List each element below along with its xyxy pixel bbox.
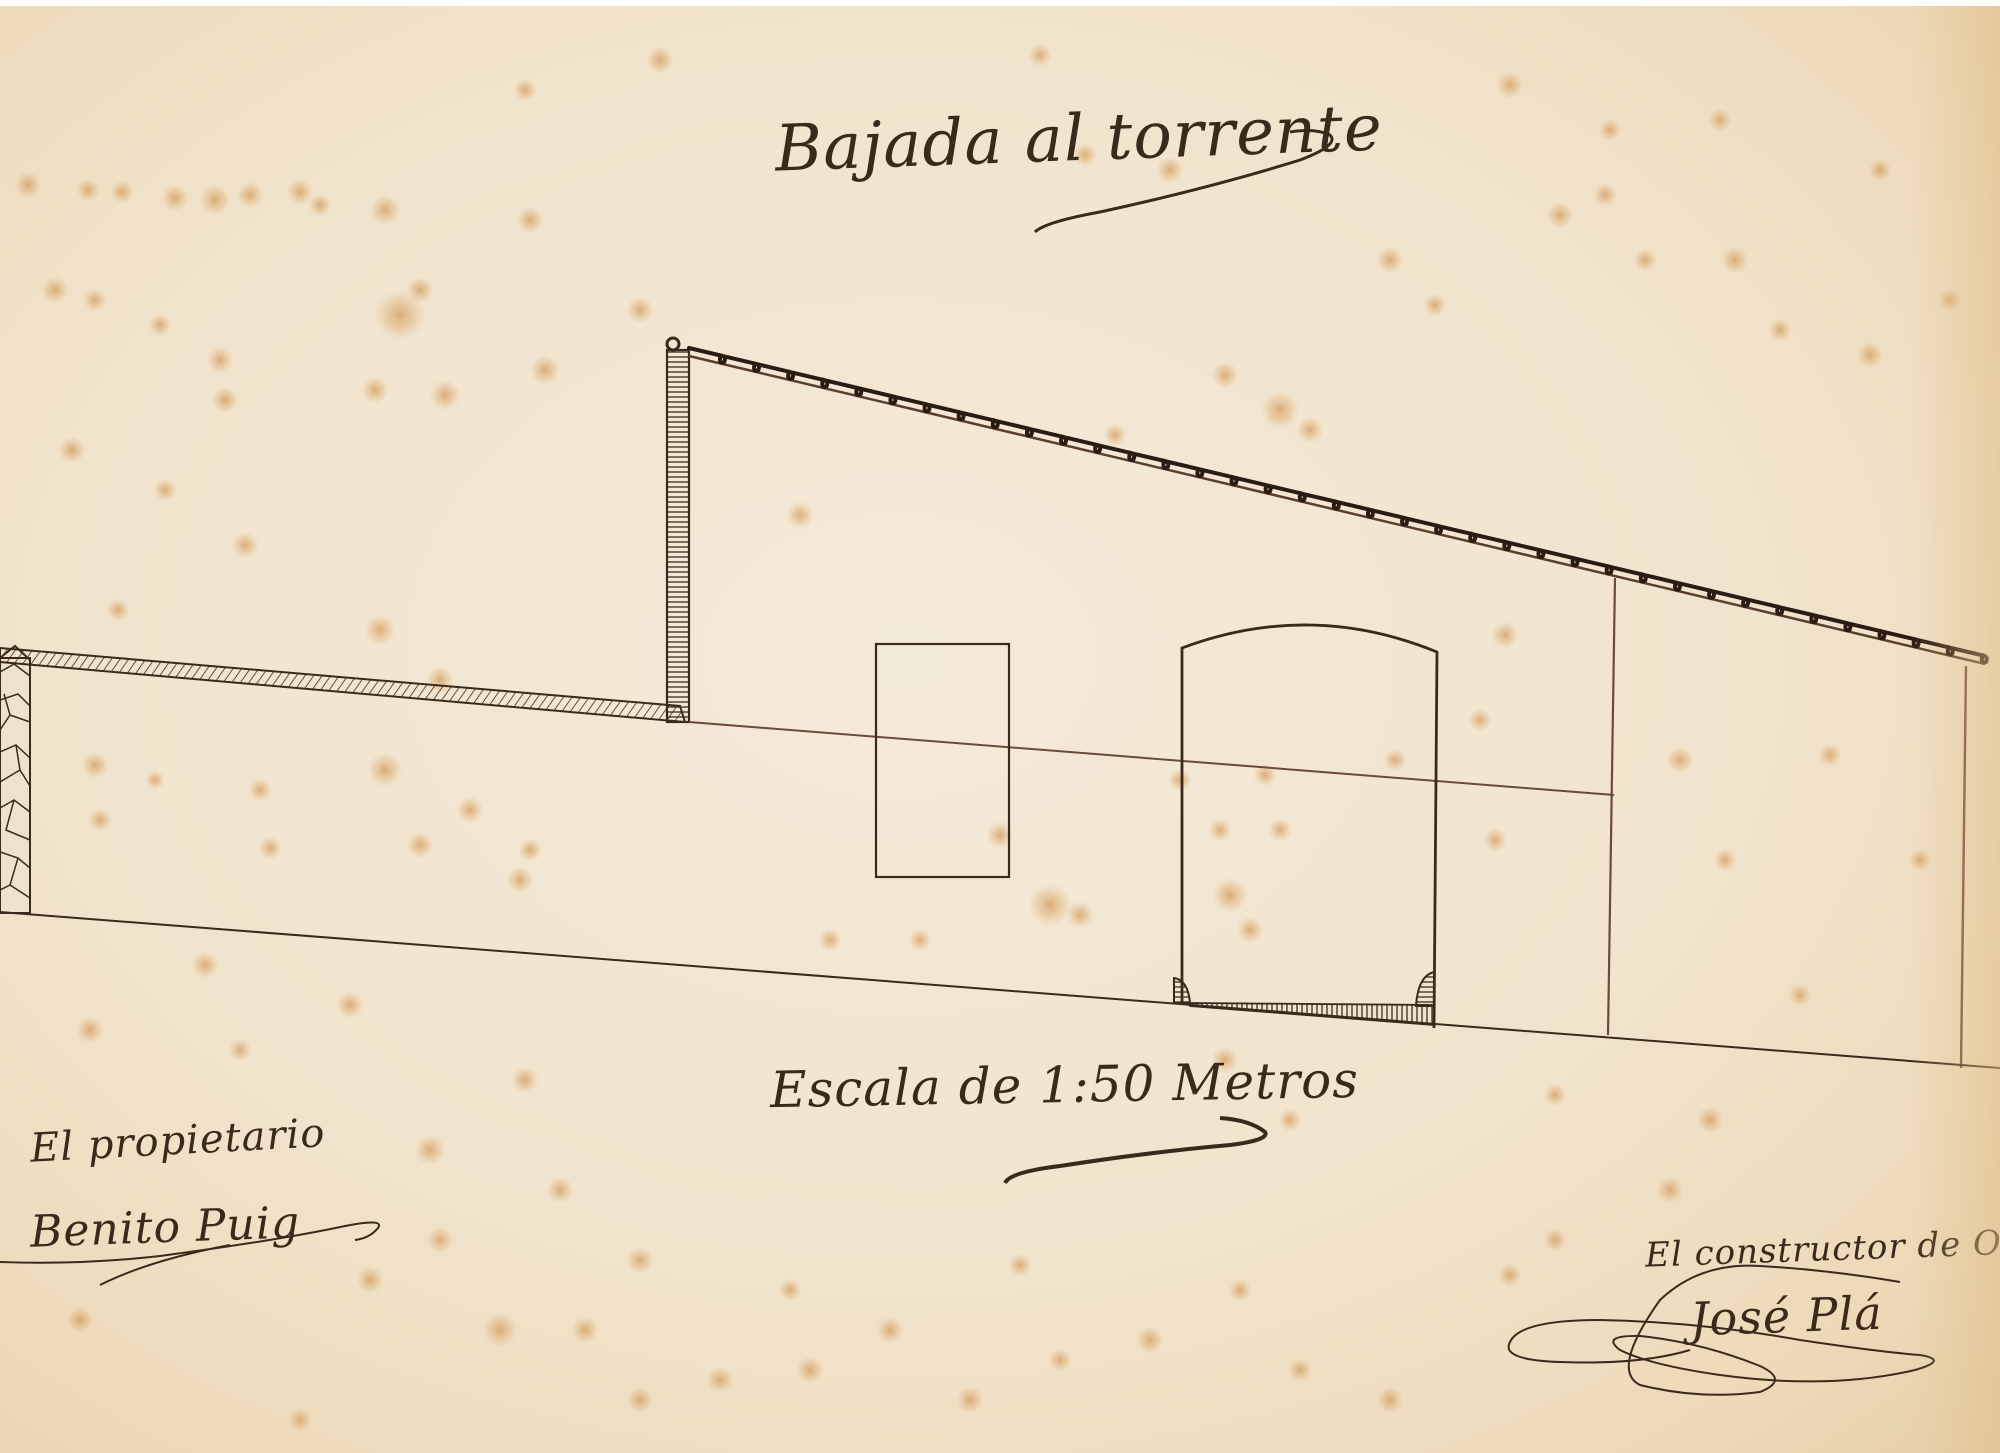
tall-wall-section [667,338,689,722]
ground-line [0,912,2000,1068]
interior-divider [1608,578,1615,1035]
owner-signature: Benito Puig [29,1197,301,1257]
scale-note: Escala de 1:50 Metros [770,1051,1360,1119]
scale-flourish [1005,1118,1266,1183]
paper-sheet: Bajada al torrente Escala de 1:50 Metros… [0,6,2000,1453]
builder-signature: José Plá [1689,1286,1883,1347]
drawing-linework [0,131,2000,1395]
tiled-roof [689,348,1987,664]
stone-wall-section [0,646,30,913]
foxing-stains [14,43,1962,1432]
low-boundary-wall [0,648,685,913]
sepia-construction-lines [689,578,1966,1068]
